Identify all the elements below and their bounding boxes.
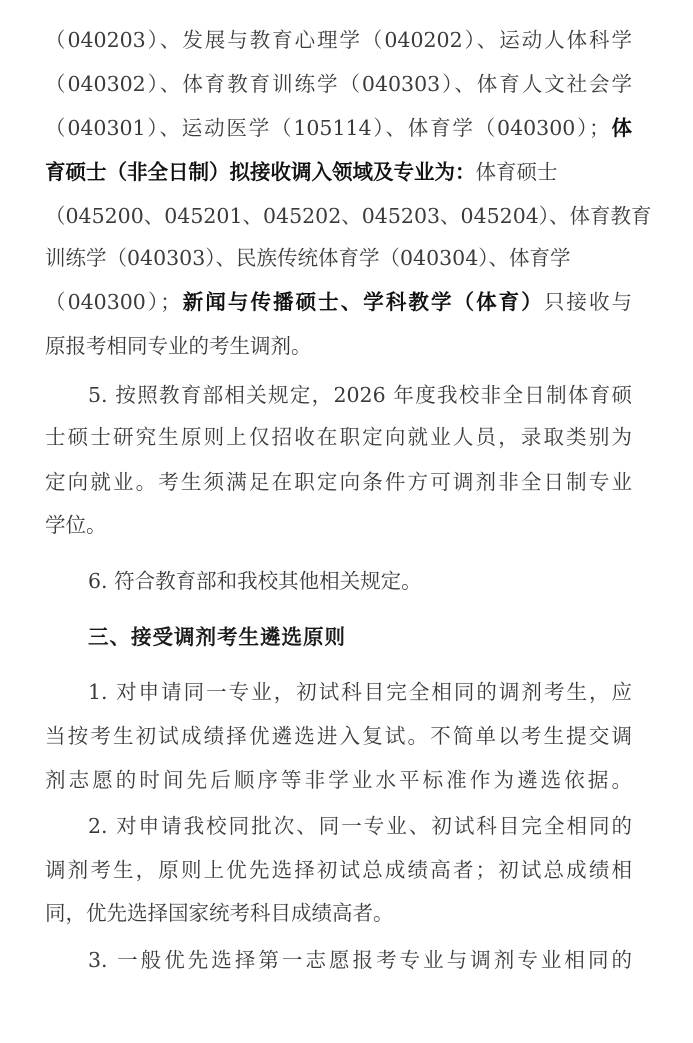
text-line: （040203）、发展与教育心理学（040202）、运动人体科学 [45, 25, 632, 55]
list-item-5-line: 定向就业。考生须满足在职定向条件方可调剂非全日制专业 [45, 467, 632, 497]
rule-2-line: 2. 对申请我校同批次、同一专业、初试科目完全相同的 [88, 811, 632, 841]
text-line: （045200、045201、045202、045203、045204）、体育教… [45, 201, 632, 231]
list-item-5-line: 学位。 [45, 510, 632, 540]
rule-1-line: 当按考生初试成绩择优遴选进入复试。不简单以考生提交调 [45, 721, 632, 751]
text-line: 训练学（040303）、民族传统体育学（040304）、体育学 [45, 243, 632, 273]
rule-2-line: 同，优先选择国家统考科目成绩高者。 [45, 898, 632, 928]
text-line: 原报考相同专业的考生调剂。 [45, 331, 632, 361]
bold-text-span: 体 [610, 116, 632, 140]
list-item-5-line: 士硕士研究生原则上仅招收在职定向就业人员，录取类别为 [45, 422, 632, 452]
list-item-6: 6. 符合教育部和我校其他相关规定。 [88, 566, 632, 596]
text-span: 体育硕士 [476, 160, 558, 184]
text-line: （040301）、运动医学（105114）、体育学（040300）；体 [45, 113, 632, 143]
text-line: （040302）、体育教育训练学（040303）、体育人文社会学 [45, 69, 632, 99]
rule-1-line: 1. 对申请同一专业，初试科目完全相同的调剂考生，应 [88, 677, 632, 707]
text-line: （040300）；新闻与传播硕士、学科教学（体育）只接收与 [45, 287, 632, 317]
section-heading: 三、接受调剂考生遴选原则 [88, 622, 632, 652]
rule-3-line: 3. 一般优先选择第一志愿报考专业与调剂专业相同的 [88, 945, 632, 975]
text-line: 育硕士（非全日制）拟接收调入领域及专业为：体育硕士 [45, 157, 632, 187]
bold-text-span: 新闻与传播硕士、学科教学（体育） [181, 290, 544, 314]
text-span: 只接收与 [544, 290, 632, 314]
list-item-5-line: 5. 按照教育部相关规定，2026 年度我校非全日制体育硕 [88, 380, 632, 410]
text-span: （040300）； [45, 290, 181, 314]
rule-1-line: 剂志愿的时间先后顺序等非学业水平标准作为遴选依据。 [45, 765, 632, 795]
text-span: （040301）、运动医学（105114）、体育学（040300）； [45, 116, 610, 140]
rule-2-line: 调剂考生，原则上优先选择初试总成绩高者；初试总成绩相 [45, 855, 632, 885]
document-page: （040203）、发展与教育心理学（040202）、运动人体科学 （040302… [0, 0, 693, 1043]
bold-text-span: 育硕士（非全日制）拟接收调入领域及专业为： [45, 160, 476, 184]
